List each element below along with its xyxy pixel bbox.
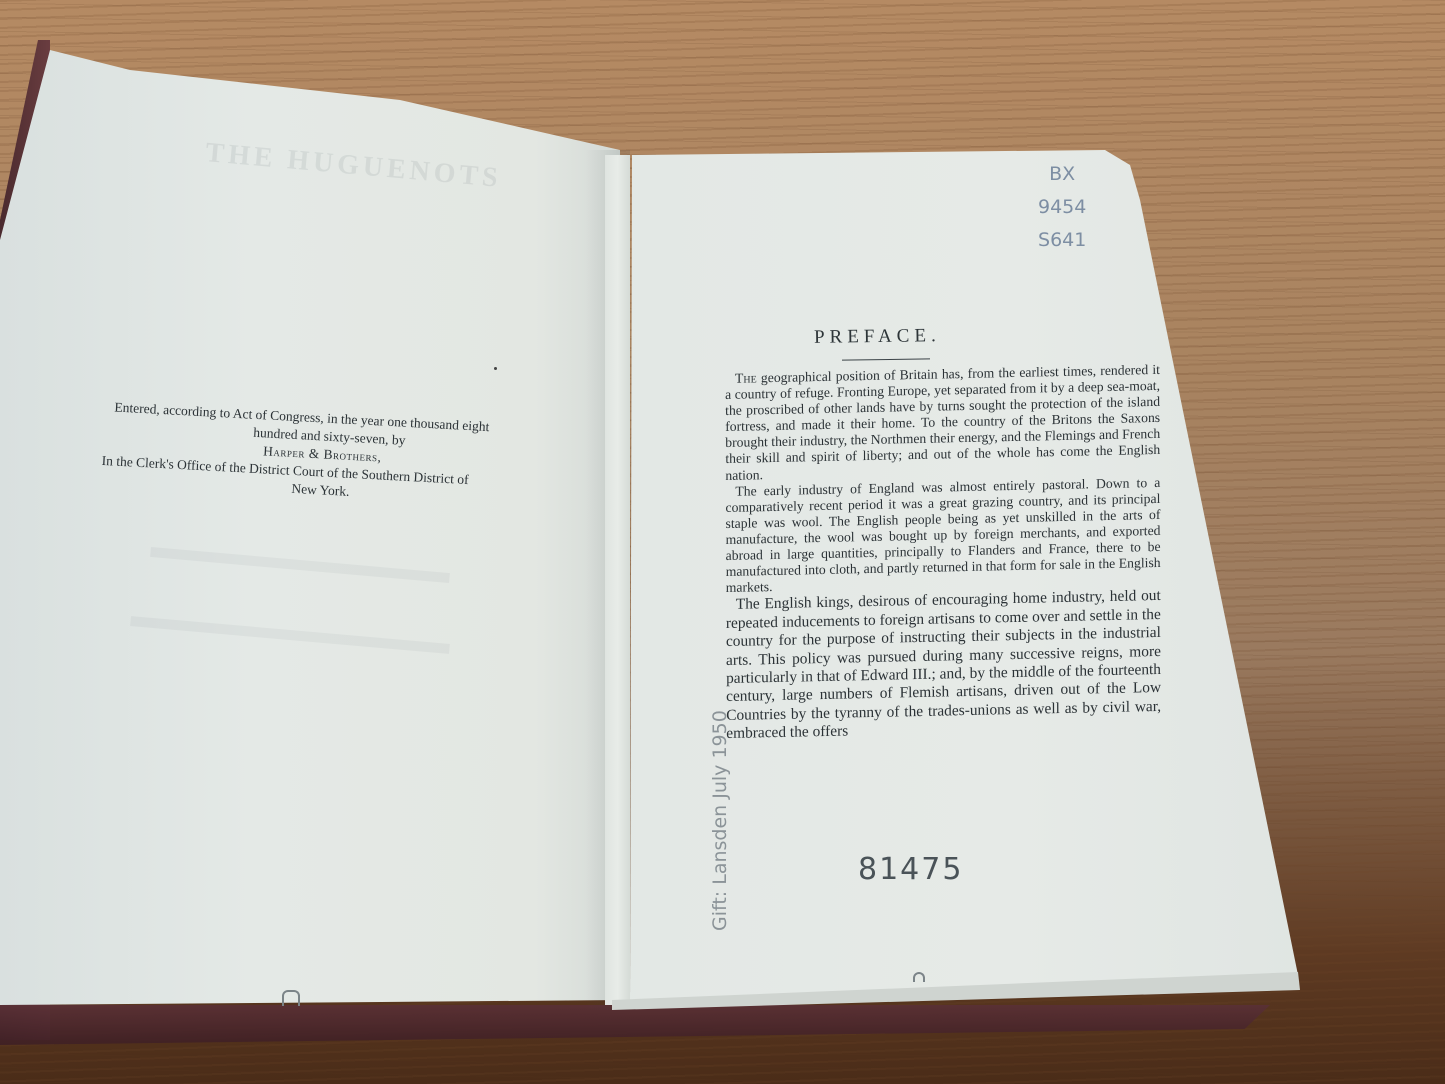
gutter-strip bbox=[605, 155, 630, 1005]
gift-inscription-pencil: Gift: Lansden July 1950 bbox=[709, 611, 731, 931]
paragraph: The geographical position of Britain has… bbox=[725, 362, 1160, 484]
paragraph-text: geographical position of Britain has, fr… bbox=[725, 362, 1160, 483]
page-nick-mark bbox=[913, 972, 925, 982]
preface-body: The geographical position of Britain has… bbox=[725, 362, 1161, 744]
call-number-pencil: BX 9454 S641 bbox=[1038, 158, 1086, 257]
call-number-line: BX bbox=[1038, 158, 1086, 191]
photo-scene: THE HUGUENOTS Entered, according to Act … bbox=[0, 0, 1445, 1084]
paragraph: The English kings, desirous of encouragi… bbox=[726, 587, 1161, 743]
drop-lead: The bbox=[735, 370, 757, 385]
book-cover-bottom-edge bbox=[0, 1005, 1270, 1045]
page-nick-mark bbox=[282, 990, 300, 1006]
page-title: PREFACE. bbox=[814, 325, 941, 349]
paper-speck bbox=[494, 367, 497, 370]
paragraph: The early industry of England was almost… bbox=[725, 475, 1160, 597]
call-number-line: S641 bbox=[1038, 224, 1086, 257]
accession-number-pencil: 81475 bbox=[858, 852, 963, 887]
call-number-line: 9454 bbox=[1038, 191, 1086, 224]
